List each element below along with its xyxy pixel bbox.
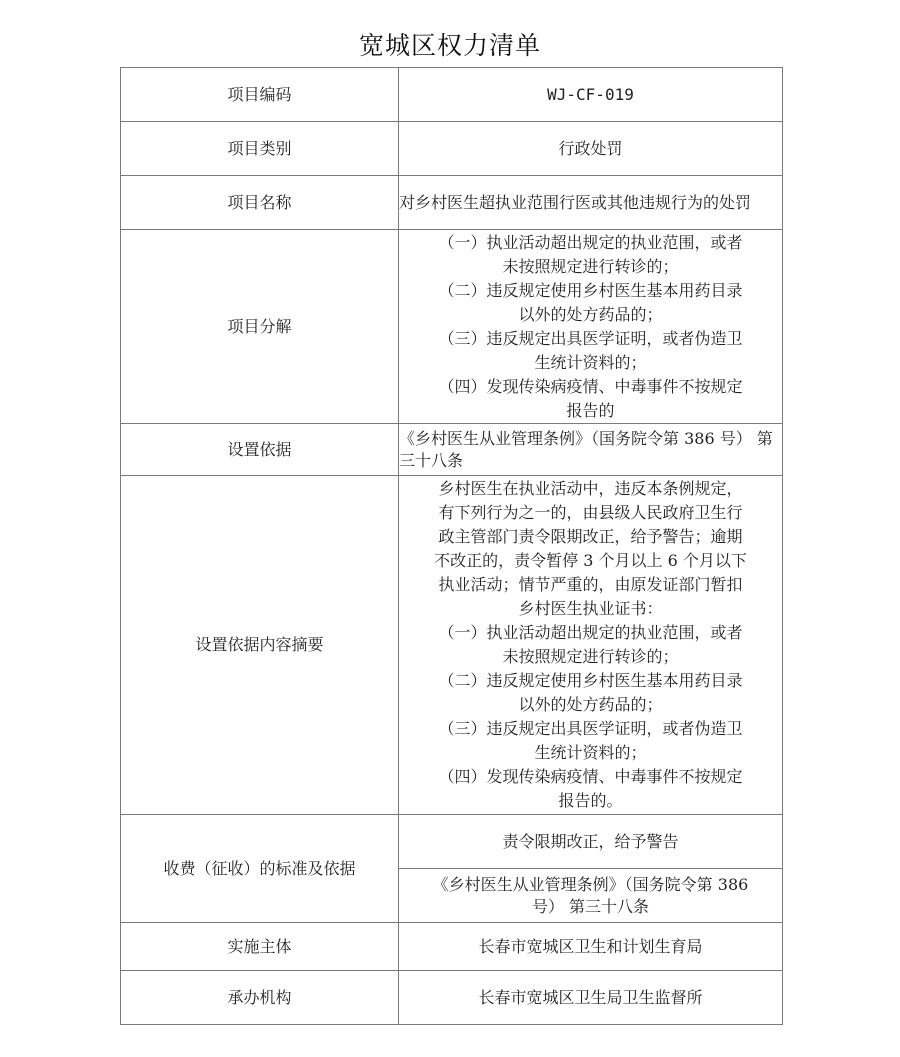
breakdown-line: （四）发现传染病疫情、中毒事件不按规定 <box>399 375 782 399</box>
value-project-code: WJ-CF-019 <box>399 68 783 122</box>
summary-line: 报告的。 <box>399 789 782 813</box>
value-handler: 长春市宽城区卫生局卫生监督所 <box>399 971 783 1025</box>
label-basis-summary: 设置依据内容摘要 <box>121 476 399 815</box>
row-setting-basis: 设置依据 《乡村医生从业管理条例》（国务院令第 386 号） 第三十八条 <box>121 424 783 476</box>
value-project-breakdown: （一）执业活动超出规定的执业范围，或者 未按照规定进行转诊的； （二）违反规定使… <box>399 230 783 424</box>
value-fee-basis: 《乡村医生从业管理条例》（国务院令第 386 号） 第三十八条 <box>399 869 783 923</box>
value-setting-basis: 《乡村医生从业管理条例》（国务院令第 386 号） 第三十八条 <box>399 424 783 476</box>
row-project-name: 项目名称 对乡村医生超执业范围行医或其他违规行为的处罚 <box>121 176 783 230</box>
label-handler: 承办机构 <box>121 971 399 1025</box>
row-implementer: 实施主体 长春市宽城区卫生和计划生育局 <box>121 923 783 971</box>
summary-line: 以外的处方药品的； <box>399 693 782 717</box>
power-list-table: 项目编码 WJ-CF-019 项目类别 行政处罚 项目名称 对乡村医生超执业范围… <box>120 67 783 1025</box>
label-project-breakdown: 项目分解 <box>121 230 399 424</box>
fee-basis-line: 号） 第三十八条 <box>399 896 782 918</box>
breakdown-line: （三）违反规定出具医学证明，或者伪造卫 <box>399 327 782 351</box>
row-handler: 承办机构 长春市宽城区卫生局卫生监督所 <box>121 971 783 1025</box>
summary-line: 未按照规定进行转诊的； <box>399 645 782 669</box>
summary-line: （一）执业活动超出规定的执业范围，或者 <box>399 621 782 645</box>
summary-line: （四）发现传染病疫情、中毒事件不按规定 <box>399 765 782 789</box>
breakdown-line: 生统计资料的； <box>399 351 782 375</box>
summary-line: 不改正的，责令暂停 3 个月以上 6 个月以下 <box>399 549 782 573</box>
value-project-name: 对乡村医生超执业范围行医或其他违规行为的处罚 <box>399 176 783 230</box>
row-fee-standard: 收费（征收）的标准及依据 责令限期改正，给予警告 <box>121 815 783 869</box>
summary-line: （三）违反规定出具医学证明，或者伪造卫 <box>399 717 782 741</box>
breakdown-line: （一）执业活动超出规定的执业范围，或者 <box>399 231 782 255</box>
row-basis-summary: 设置依据内容摘要 乡村医生在执业活动中，违反本条例规定， 有下列行为之一的，由县… <box>121 476 783 815</box>
breakdown-line: 以外的处方药品的； <box>399 303 782 327</box>
document-title: 宽城区权力清单 <box>0 26 900 62</box>
label-fee-standard: 收费（征收）的标准及依据 <box>121 815 399 923</box>
summary-line: 乡村医生执业证书： <box>399 597 782 621</box>
row-project-category: 项目类别 行政处罚 <box>121 122 783 176</box>
label-implementer: 实施主体 <box>121 923 399 971</box>
breakdown-line: 未按照规定进行转诊的； <box>399 255 782 279</box>
row-project-breakdown: 项目分解 （一）执业活动超出规定的执业范围，或者 未按照规定进行转诊的； （二）… <box>121 230 783 424</box>
summary-line: 执业活动；情节严重的，由原发证部门暂扣 <box>399 573 782 597</box>
summary-line: （二）违反规定使用乡村医生基本用药目录 <box>399 669 782 693</box>
breakdown-line: 报告的 <box>399 399 782 423</box>
summary-line: 有下列行为之一的，由县级人民政府卫生行 <box>399 501 782 525</box>
label-project-code: 项目编码 <box>121 68 399 122</box>
summary-line: 乡村医生在执业活动中，违反本条例规定， <box>399 477 782 501</box>
summary-line: 生统计资料的； <box>399 741 782 765</box>
fee-basis-line: 《乡村医生从业管理条例》（国务院令第 386 <box>399 874 782 896</box>
value-implementer: 长春市宽城区卫生和计划生育局 <box>399 923 783 971</box>
row-project-code: 项目编码 WJ-CF-019 <box>121 68 783 122</box>
summary-line: 政主管部门责令限期改正，给予警告；逾期 <box>399 525 782 549</box>
label-setting-basis: 设置依据 <box>121 424 399 476</box>
value-project-category: 行政处罚 <box>399 122 783 176</box>
label-project-category: 项目类别 <box>121 122 399 176</box>
value-basis-summary: 乡村医生在执业活动中，违反本条例规定， 有下列行为之一的，由县级人民政府卫生行 … <box>399 476 783 815</box>
value-fee-standard: 责令限期改正，给予警告 <box>399 815 783 869</box>
breakdown-line: （二）违反规定使用乡村医生基本用药目录 <box>399 279 782 303</box>
label-project-name: 项目名称 <box>121 176 399 230</box>
